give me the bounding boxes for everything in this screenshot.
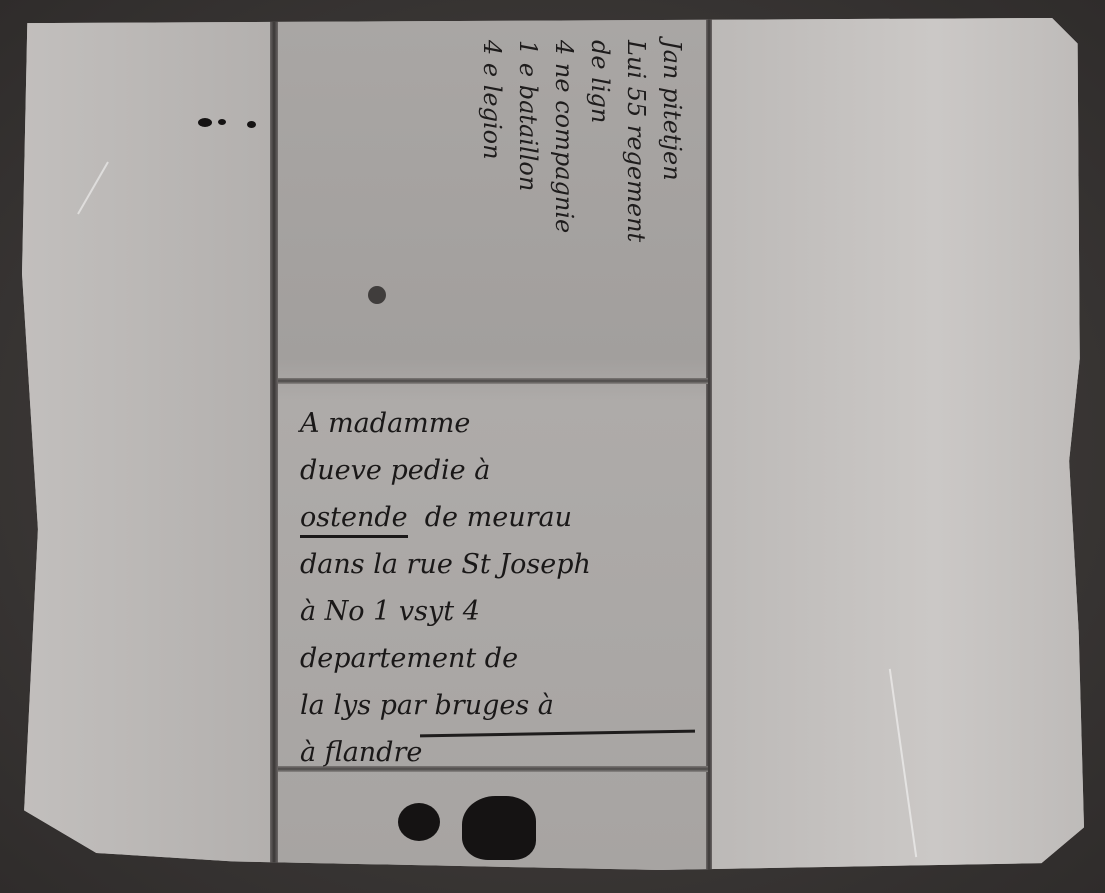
ink-spot: [218, 119, 226, 125]
right-flap: [712, 18, 1084, 870]
burn-hole: [462, 796, 536, 860]
address-line: dans la rue St Joseph: [300, 541, 700, 588]
ink-spot: [368, 286, 386, 304]
left-fold-line: [270, 18, 278, 870]
address-block: A madamme dueve pedie à ostende de meura…: [300, 400, 700, 776]
left-flap: [22, 18, 270, 870]
sender-line: Lui 55 regement: [618, 40, 654, 380]
sender-line: 1 e bataillon: [510, 40, 546, 380]
city-underlined: ostende: [300, 501, 408, 538]
sender-block: Jan pitetjen Lui 55 regement de lign 4 n…: [474, 40, 690, 380]
address-line: à No 1 vsyt 4: [300, 588, 700, 635]
sender-line: de lign: [582, 40, 618, 380]
address-line-city: ostende de meurau: [300, 494, 700, 541]
burn-hole: [398, 803, 440, 841]
address-line: dueve pedie à: [300, 447, 700, 494]
address-line: departement de: [300, 635, 700, 682]
address-line: la lys par bruges à: [300, 682, 700, 729]
sender-line: Jan pitetjen: [654, 40, 690, 380]
ink-spot: [247, 121, 256, 128]
address-line: de meurau: [425, 502, 572, 533]
ink-spot: [198, 118, 212, 127]
sender-line: 4 ne compagnie: [546, 40, 582, 380]
sender-line: 4 e legion: [474, 40, 510, 380]
address-line: à flandre: [300, 729, 700, 776]
address-line: A madamme: [300, 400, 700, 447]
